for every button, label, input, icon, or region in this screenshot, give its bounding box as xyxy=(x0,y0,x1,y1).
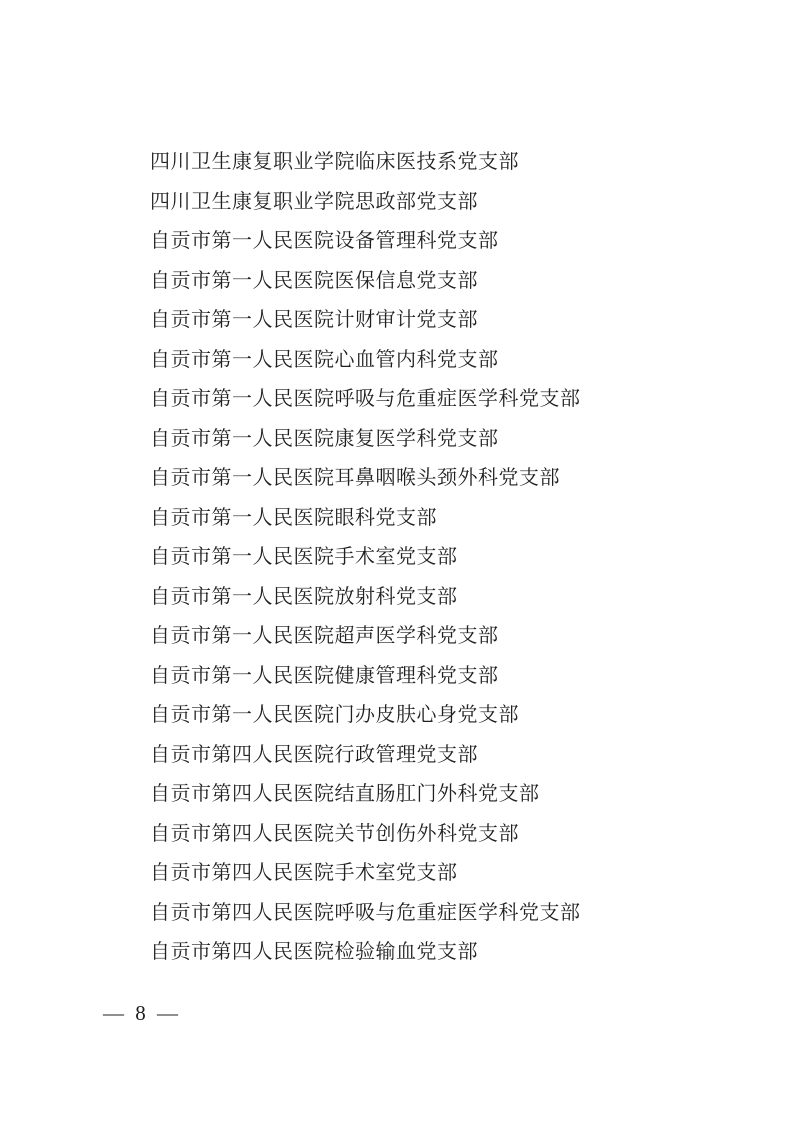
list-item: 自贡市第四人民医院结直肠肛门外科党支部 xyxy=(150,783,763,805)
list-item: 自贡市第一人民医院健康管理科党支部 xyxy=(150,665,763,687)
list-item: 自贡市第四人民医院呼吸与危重症医学科党支部 xyxy=(150,902,763,924)
page-number: — 8 — xyxy=(103,1001,181,1025)
list-item: 自贡市第一人民医院计财审计党支部 xyxy=(150,309,763,331)
list-item: 自贡市第一人民医院眼科党支部 xyxy=(150,507,763,529)
list-item: 自贡市第四人民医院手术室党支部 xyxy=(150,862,763,884)
list-item: 自贡市第四人民医院关节创伤外科党支部 xyxy=(150,823,763,845)
list-item: 自贡市第一人民医院耳鼻咽喉头颈外科党支部 xyxy=(150,467,763,489)
list-item: 自贡市第一人民医院门办皮肤心身党支部 xyxy=(150,704,763,726)
list-item: 四川卫生康复职业学院思政部党支部 xyxy=(150,191,763,213)
list-item: 自贡市第一人民医院呼吸与危重症医学科党支部 xyxy=(150,388,763,410)
party-branch-list: 四川卫生康复职业学院临床医技系党支部四川卫生康复职业学院思政部党支部自贡市第一人… xyxy=(150,151,763,981)
page-footer: — 8 — xyxy=(103,1001,181,1025)
list-item: 自贡市第一人民医院手术室党支部 xyxy=(150,546,763,568)
list-item: 自贡市第一人民医院心血管内科党支部 xyxy=(150,349,763,371)
list-item: 自贡市第一人民医院放射科党支部 xyxy=(150,586,763,608)
list-item: 四川卫生康复职业学院临床医技系党支部 xyxy=(150,151,763,173)
list-item: 自贡市第一人民医院设备管理科党支部 xyxy=(150,230,763,252)
list-item: 自贡市第四人民医院行政管理党支部 xyxy=(150,744,763,766)
list-item: 自贡市第四人民医院检验输血党支部 xyxy=(150,941,763,963)
list-item: 自贡市第一人民医院超声医学科党支部 xyxy=(150,625,763,647)
list-item: 自贡市第一人民医院医保信息党支部 xyxy=(150,270,763,292)
document-page: 四川卫生康复职业学院临床医技系党支部四川卫生康复职业学院思政部党支部自贡市第一人… xyxy=(0,0,793,1122)
list-item: 自贡市第一人民医院康复医学科党支部 xyxy=(150,428,763,450)
